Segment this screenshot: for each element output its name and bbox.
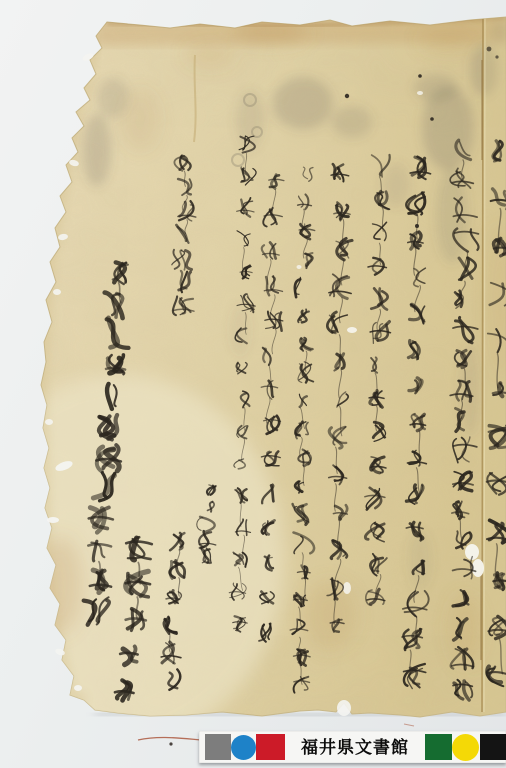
blue-patch xyxy=(231,735,256,760)
color-calibration-bar: 福井県文書館 xyxy=(199,731,506,763)
yellow-patch xyxy=(452,734,479,761)
red-patch xyxy=(256,734,285,760)
green-patch xyxy=(425,734,452,760)
debris-speck xyxy=(169,742,172,745)
photo-stage: 福井県文書館 xyxy=(0,0,506,768)
manuscript-photo xyxy=(0,0,506,768)
fold-crease xyxy=(481,16,506,716)
paper-surface-detail xyxy=(0,0,506,768)
black-patch xyxy=(480,734,506,760)
gray-patch xyxy=(205,734,231,760)
archive-name-label: 福井県文書館 xyxy=(285,731,425,763)
